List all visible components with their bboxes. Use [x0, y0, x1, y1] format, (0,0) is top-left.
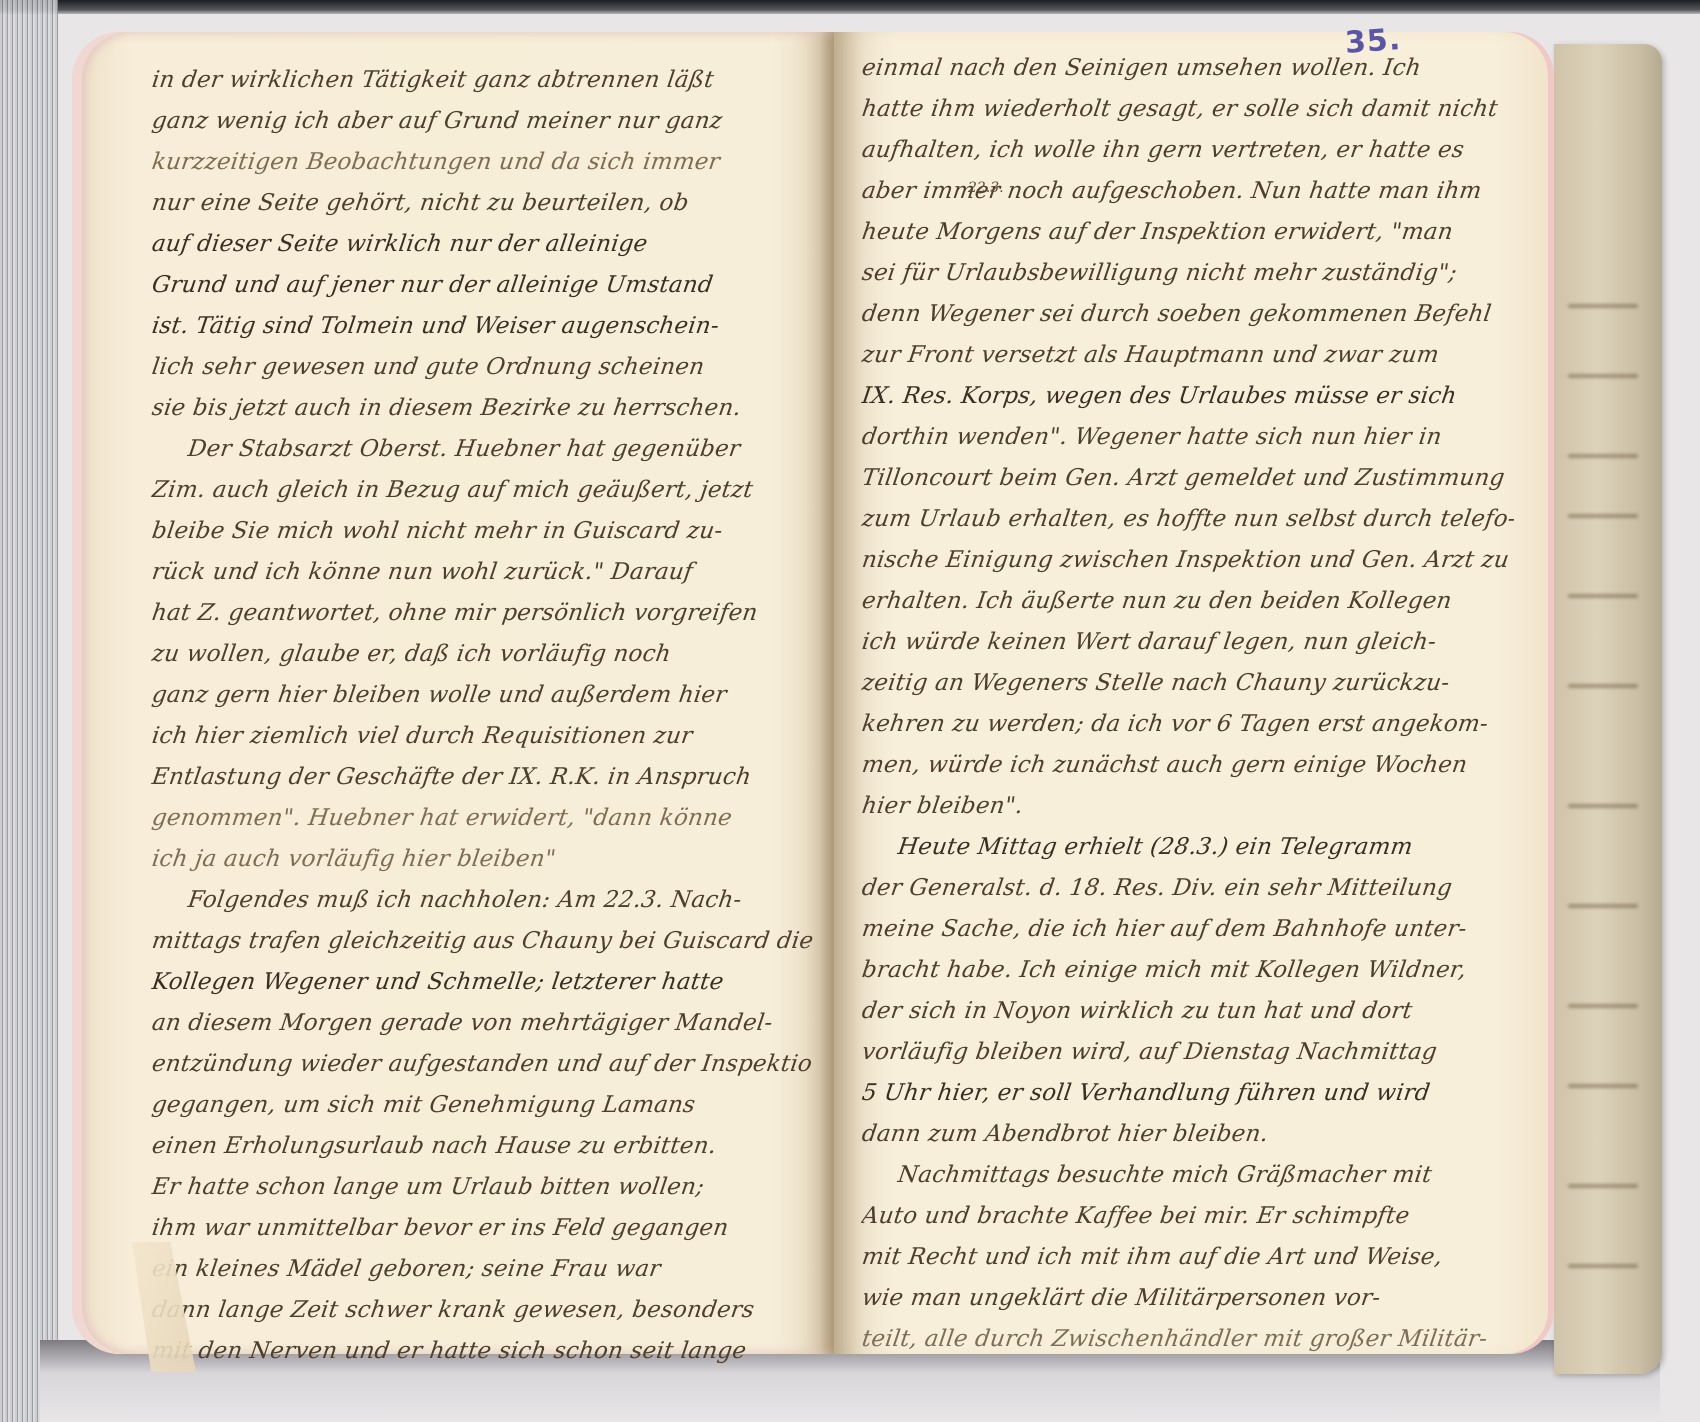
- handwritten-line: zu wollen, glaube er, daß ich vorläufig …: [149, 634, 815, 675]
- handwritten-line: Der Stabsarzt Oberst. Huebner hat gegenü…: [149, 429, 815, 470]
- handwritten-line: heute Morgens auf der Inspektion erwider…: [859, 212, 1517, 253]
- handwritten-line: Nachmittags besuchte mich Gräßmacher mit: [859, 1155, 1517, 1196]
- handwritten-line: zur Front versetzt als Hauptmann und zwa…: [859, 335, 1517, 376]
- handwritten-line: hat Z. geantwortet, ohne mir persönlich …: [149, 593, 815, 634]
- handwritten-line: bleibe Sie mich wohl nicht mehr in Guisc…: [149, 511, 815, 552]
- handwritten-line: ich hier ziemlich viel durch Requisition…: [149, 716, 815, 757]
- right-page-text: einmal nach den Seinigen umsehen wollen.…: [834, 48, 1554, 1360]
- handwritten-line: denn Wegener sei durch soeben gekommenen…: [859, 294, 1517, 335]
- handwritten-line: einmal nach den Seinigen umsehen wollen.…: [859, 48, 1517, 89]
- handwritten-line: nische Einigung zwischen Inspektion und …: [859, 540, 1517, 581]
- handwritten-line: lich sehr gewesen und gute Ordnung schei…: [149, 347, 815, 388]
- left-page: in der wirklichen Tätigkeit ganz abtrenn…: [72, 32, 834, 1354]
- handwritten-line: meine Sache, die ich hier auf dem Bahnho…: [859, 909, 1517, 950]
- handwritten-line: entzündung wieder aufgestanden und auf d…: [149, 1044, 815, 1085]
- handwritten-line: zum Urlaub erhalten, es hoffte nun selbs…: [859, 499, 1517, 540]
- handwritten-line: erhalten. Ich äußerte nun zu den beiden …: [859, 581, 1517, 622]
- handwritten-line: hatte ihm wiederholt gesagt, er solle si…: [859, 89, 1517, 130]
- handwritten-line: Entlastung der Geschäfte der IX. R.K. in…: [149, 757, 815, 798]
- handwritten-line: Er hatte schon lange um Urlaub bitten wo…: [149, 1167, 815, 1208]
- handwritten-line: 5 Uhr hier, er soll Verhandlung führen u…: [859, 1073, 1517, 1114]
- handwritten-line: ihm war unmittelbar bevor er ins Feld ge…: [149, 1208, 815, 1249]
- handwritten-line: sie bis jetzt auch in diesem Bezirke zu …: [149, 388, 815, 429]
- handwritten-line: mit Recht und ich mit ihm auf die Art un…: [859, 1237, 1517, 1278]
- handwritten-line: ganz gern hier bleiben wolle und außerde…: [149, 675, 815, 716]
- handwritten-line: Heute Mittag erhielt (28.3.) ein Telegra…: [859, 827, 1517, 868]
- handwritten-line: der sich in Noyon wirklich zu tun hat un…: [859, 991, 1517, 1032]
- handwritten-line: der Generalst. d. 18. Res. Div. ein sehr…: [859, 868, 1517, 909]
- handwritten-line: Auto und brachte Kaffee bei mir. Er schi…: [859, 1196, 1517, 1237]
- handwritten-line: auf dieser Seite wirklich nur der allein…: [149, 224, 815, 265]
- handwritten-line: Kollegen Wegener und Schmelle; letzterer…: [149, 962, 815, 1003]
- page-number: 35.: [1344, 22, 1402, 61]
- handwritten-line: teilt, alle durch Zwischenhändler mit gr…: [859, 1319, 1517, 1360]
- handwritten-line: kehren zu werden; da ich vor 6 Tagen ers…: [859, 704, 1517, 745]
- handwritten-line: IX. Res. Korps, wegen des Urlaubes müsse…: [859, 376, 1517, 417]
- right-page: einmal nach den Seinigen umsehen wollen.…: [834, 32, 1554, 1354]
- handwritten-line: genommen". Huebner hat erwidert, "dann k…: [149, 798, 815, 839]
- left-page-text: in der wirklichen Tätigkeit ganz abtrenn…: [72, 60, 834, 1372]
- handwritten-line: vorläufig bleiben wird, auf Dienstag Nac…: [859, 1032, 1517, 1073]
- handwritten-line: Zim. auch gleich in Bezug auf mich geäuß…: [149, 470, 815, 511]
- handwritten-line: zeitig an Wegeners Stelle nach Chauny zu…: [859, 663, 1517, 704]
- handwritten-line: rück und ich könne nun wohl zurück." Dar…: [149, 552, 815, 593]
- handwritten-line: Tilloncourt beim Gen. Arzt gemeldet und …: [859, 458, 1517, 499]
- page-stack-right: [1554, 44, 1662, 1374]
- handwritten-line: in der wirklichen Tätigkeit ganz abtrenn…: [149, 60, 815, 101]
- open-notebook: in der wirklichen Tätigkeit ganz abtrenn…: [44, 14, 1640, 1344]
- handwritten-line: gegangen, um sich mit Genehmigung Lamans: [149, 1085, 815, 1126]
- handwritten-line: ist. Tätig sind Tolmein und Weiser augen…: [149, 306, 815, 347]
- handwritten-line: an diesem Morgen gerade von mehrtägiger …: [149, 1003, 815, 1044]
- scanner-top-edge: [0, 0, 1700, 14]
- handwritten-line: hier bleiben".: [859, 786, 1517, 827]
- handwritten-line: aufhalten, ich wolle ihn gern vertreten,…: [859, 130, 1517, 171]
- handwritten-line: aber immer noch aufgeschoben. Nun hatte …: [859, 171, 1517, 212]
- handwritten-line: Folgendes muß ich nachholen: Am 22.3. Na…: [149, 880, 815, 921]
- handwritten-line: ganz wenig ich aber auf Grund meiner nur…: [149, 101, 815, 142]
- handwritten-line: nur eine Seite gehört, nicht zu beurteil…: [149, 183, 815, 224]
- handwritten-line: men, würde ich zunächst auch gern einige…: [859, 745, 1517, 786]
- handwritten-line: ich würde keinen Wert darauf legen, nun …: [859, 622, 1517, 663]
- handwritten-line: kurzzeitigen Beobachtungen und da sich i…: [149, 142, 815, 183]
- interlinear-date-note: 22.3.: [968, 180, 1004, 196]
- handwritten-line: einen Erholungsurlaub nach Hause zu erbi…: [149, 1126, 815, 1167]
- handwritten-line: sei für Urlaubsbewilligung nicht mehr zu…: [859, 253, 1517, 294]
- handwritten-line: dann zum Abendbrot hier bleiben.: [859, 1114, 1517, 1155]
- handwritten-line: Grund und auf jener nur der alleinige Um…: [149, 265, 815, 306]
- handwritten-line: mittags trafen gleichzeitig aus Chauny b…: [149, 921, 815, 962]
- handwritten-line: wie man ungeklärt die Militärpersonen vo…: [859, 1278, 1517, 1319]
- handwritten-line: ich ja auch vorläufig hier bleiben": [149, 839, 815, 880]
- handwritten-line: dorthin wenden". Wegener hatte sich nun …: [859, 417, 1517, 458]
- handwritten-line: bracht habe. Ich einige mich mit Kollege…: [859, 950, 1517, 991]
- handwritten-line: mit den Nerven und er hatte sich schon s…: [149, 1331, 815, 1372]
- handwritten-line: dann lange Zeit schwer krank gewesen, be…: [149, 1290, 815, 1331]
- handwritten-line: ein kleines Mädel geboren; seine Frau wa…: [149, 1249, 815, 1290]
